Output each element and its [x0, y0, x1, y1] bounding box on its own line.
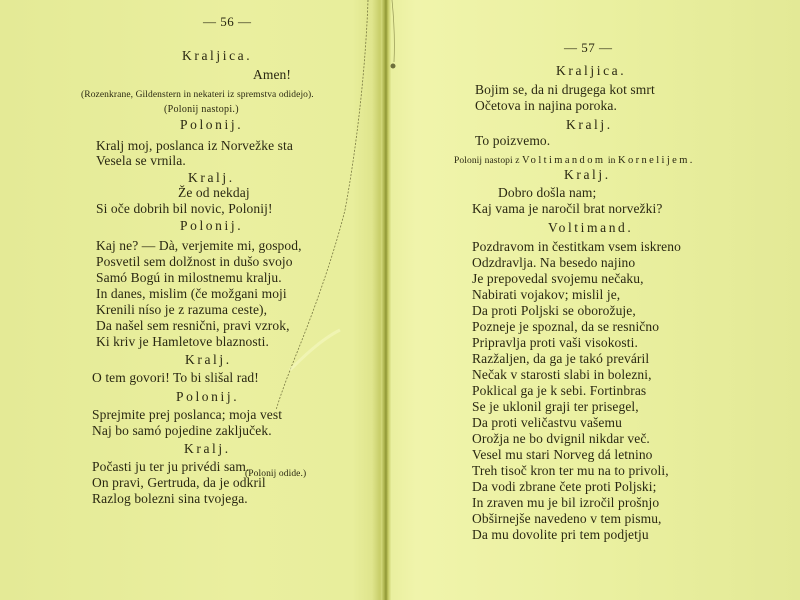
verse-line: Kaj vama je naročil brat norvežki? [472, 201, 662, 217]
speaker-name: Kralj. [188, 170, 235, 186]
verse-line: Obširnejše navedeno v tem pismu, [472, 511, 662, 527]
stage-direction: (Polonij nastopi.) [164, 102, 239, 118]
verse-line: Da proti veličastvu vašemu [472, 415, 622, 431]
book-spread: — 56 — Kraljica. Amen! (Rozenkrane, Gild… [0, 0, 800, 600]
verse-line: Vesel mu stari Norveg dá letnino [472, 447, 653, 463]
speaker-name: Kraljica. [182, 48, 252, 64]
verse-line: On pravi, Gertruda, da je odkril [92, 475, 266, 491]
speaker-name: Polonij. [176, 389, 239, 405]
verse-line: Očetova in najina poroka. [475, 98, 617, 114]
speaker-name: Kralj. [184, 441, 231, 457]
verse-line: Počasti ju ter ju privédi sam. [92, 459, 249, 475]
speaker-name: Kralj. [185, 352, 232, 368]
verse-line: Se je uklonil graji ter prisegel, [472, 399, 639, 415]
verse-line: Ki kriv je Hamletove blaznosti. [96, 334, 269, 350]
speaker-name: Polonij. [180, 218, 243, 234]
verse-line: To poizvemo. [475, 133, 550, 149]
verse-line: O tem govori! To bi slišal rad! [92, 370, 259, 386]
verse-line: Si oče dobrih bil novic, Polonij! [96, 201, 273, 217]
verse-line: Bojim se, da ni drugega kot smrt [475, 82, 655, 98]
speaker-name: Voltimand. [548, 220, 633, 236]
verse-line: Vesela se vrnila. [96, 153, 186, 169]
page-number: — 56 — [203, 14, 252, 30]
stage-direction-part: Polonij nastopi z [454, 156, 522, 166]
verse-line: Treh tisoč kron ter mu na to privoli, [472, 463, 669, 479]
verse-line: In danes, mislim (če možgani moji [96, 286, 287, 302]
verse-line: Krenili níso je z razuma ceste), [96, 302, 267, 318]
verse-line: Razlog bolezni sina tvojega. [92, 491, 248, 507]
verse-line: Razžaljen, da ga je takó preváril [472, 351, 649, 367]
verse-line: Da našel sem resnični, pravi vzrok, [96, 318, 290, 334]
book-gutter [381, 0, 391, 600]
verse-line: Samó Bogú in milostnemu kralju. [96, 270, 282, 286]
right-page: — 57 — Kraljica. Bojim se, da ni drugega… [392, 0, 800, 600]
verse-line: Sprejmite prej poslanca; moja vest [92, 407, 282, 423]
stage-direction: (Rozenkrane, Gildenstern in nekateri iz … [81, 87, 314, 103]
verse-line: Da vodi zbrane čete proti Poljski; [472, 479, 656, 495]
verse-line: Poklical ga je k sebi. Fortinbras [472, 383, 646, 399]
verse-line: Amen! [253, 67, 291, 83]
verse-line: Kaj ne? — Dà, verjemite mi, gospod, [96, 238, 302, 254]
verse-line: Orožja ne bo dvignil nikdar več. [472, 431, 650, 447]
character-name: Voltimandom [522, 155, 605, 166]
left-page: — 56 — Kraljica. Amen! (Rozenkrane, Gild… [0, 0, 380, 600]
speaker-name: Polonij. [180, 117, 243, 133]
page-number: — 57 — [564, 40, 613, 56]
character-name: Kornelijem. [618, 155, 695, 166]
verse-line: Je prepovedal svojemu nečaku, [472, 271, 644, 287]
verse-line: Odzdravlja. Na besedo najino [472, 255, 635, 271]
verse-line: Posvetil sem dolžnost in dušo svojo [96, 254, 293, 270]
verse-line: In zraven mu je bil izročil prošnjo [472, 495, 659, 511]
verse-line: Pozneje je spoznal, da se resnično [472, 319, 659, 335]
verse-line: Pozdravom in čestitkam vsem iskreno [472, 239, 681, 255]
verse-line: Kralj moj, poslanca iz Norvežke sta [96, 138, 293, 154]
verse-line: Naj bo samó pojedine zaključek. [92, 423, 272, 439]
verse-line: Nečak v starosti slabi in bolezni, [472, 367, 652, 383]
speaker-name: Kralj. [564, 167, 611, 183]
speaker-name: Kralj. [566, 117, 613, 133]
verse-line: Nabirati vojakov; mislil je, [472, 287, 620, 303]
verse-line: Da mu dovolite pri tem podjetju [472, 527, 649, 543]
speaker-name: Kraljica. [556, 63, 626, 79]
verse-line: Dobro došla nam; [498, 185, 596, 201]
verse-line: Pripravlja proti vaši visokosti. [472, 335, 638, 351]
verse-line: Da proti Poljski se oborožuje, [472, 303, 636, 319]
stage-direction-part: in [605, 156, 618, 166]
verse-line: Že od nekdaj [178, 185, 250, 201]
